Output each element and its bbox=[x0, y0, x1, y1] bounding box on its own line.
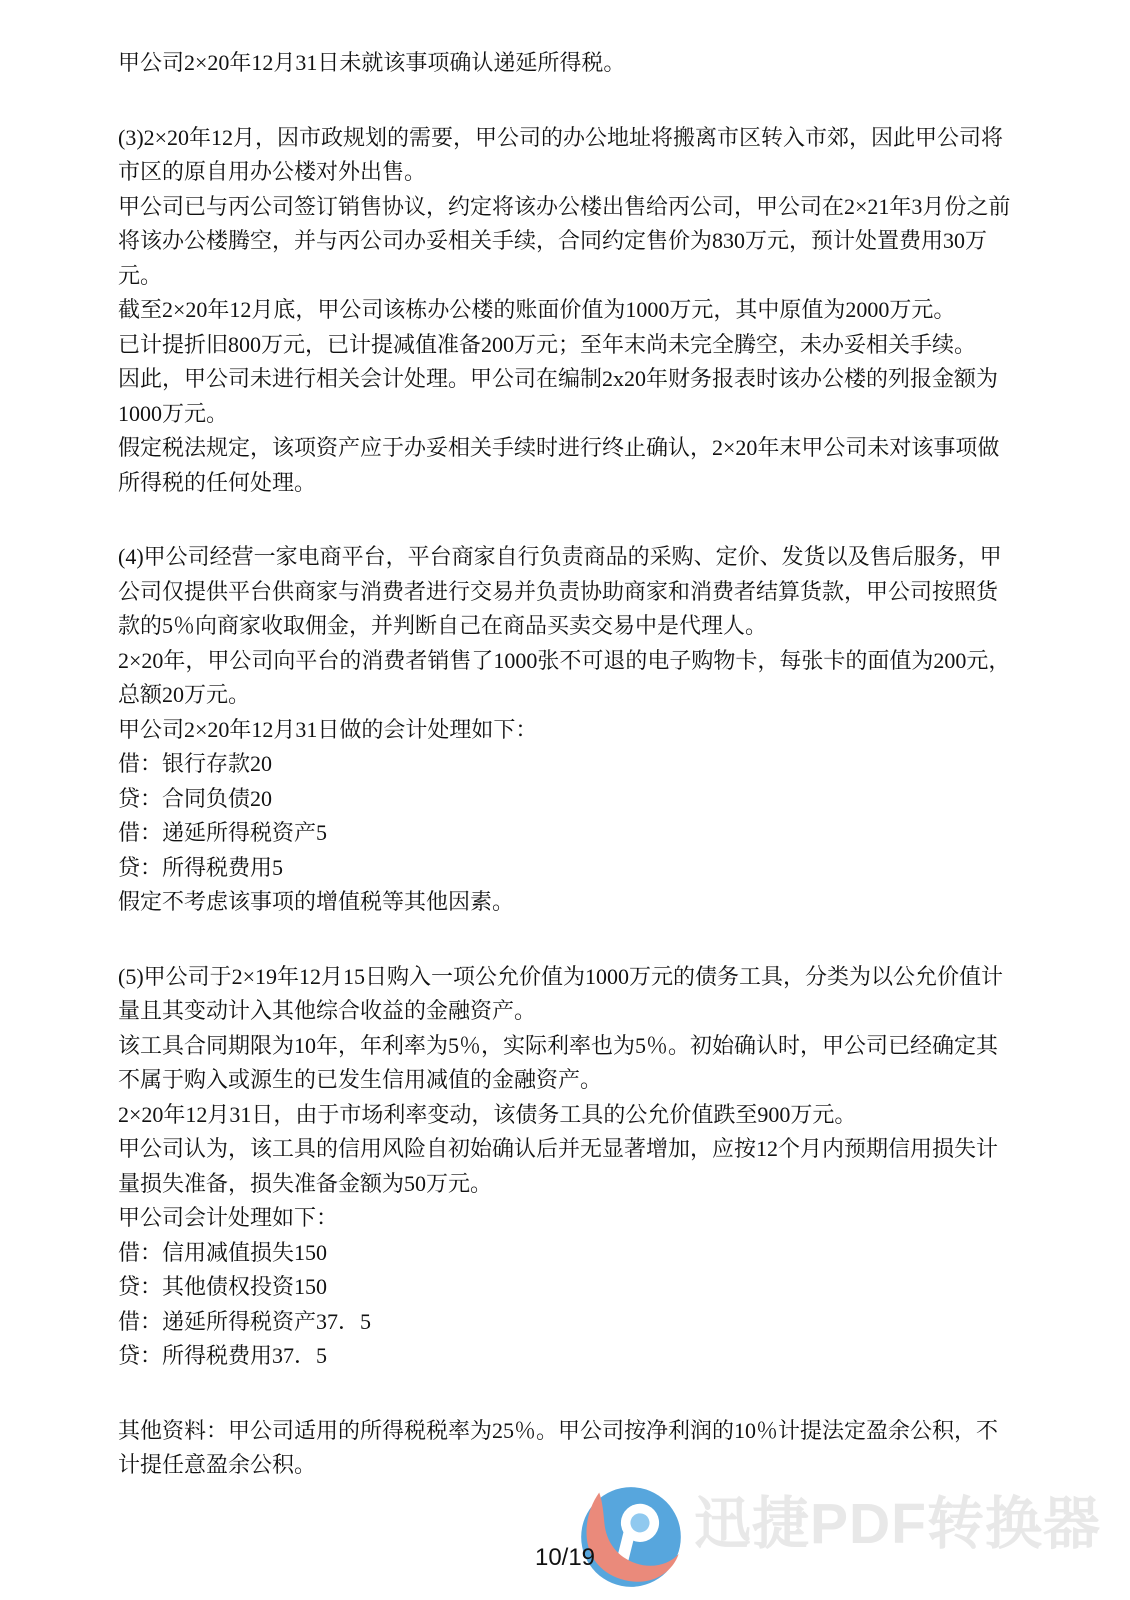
text-line: 甲公司认为，该工具的信用风险自初始确认后并无显著增加，应按12个月内预期信用损失… bbox=[118, 1132, 1013, 1167]
text-line: 贷：其他债权投资150 bbox=[118, 1270, 1013, 1305]
text-line: 截至2×20年12月底，甲公司该栋办公楼的账面价值为1000万元，其中原值为20… bbox=[118, 293, 1013, 328]
text-line: 其他资料：甲公司适用的所得税税率为25％。甲公司按净利润的10％计提法定盈余公积… bbox=[118, 1414, 1013, 1449]
text-line: 公司仅提供平台供商家与消费者进行交易并负责协助商家和消费者结算货款，甲公司按照货 bbox=[118, 575, 1013, 610]
text-line: 该工具合同期限为10年，年利率为5％，实际利率也为5％。初始确认时，甲公司已经确… bbox=[118, 1029, 1013, 1064]
text-line: 2×20年12月31日，由于市场利率变动，该债务工具的公允价值跌至900万元。 bbox=[118, 1098, 1013, 1133]
page-number: 10/19 bbox=[0, 1544, 1130, 1572]
text-line: 贷：所得税费用5 bbox=[118, 851, 1013, 886]
text-line: 贷：合同负债20 bbox=[118, 782, 1013, 817]
text-line: 元。 bbox=[118, 259, 1013, 294]
text-line: 计提任意盈余公积。 bbox=[118, 1448, 1013, 1483]
text-line: 甲公司会计处理如下： bbox=[118, 1201, 1013, 1236]
paragraph: (4)甲公司经营一家电商平台，平台商家自行负责商品的采购、定价、发货以及售后服务… bbox=[118, 540, 1013, 920]
pdf-converter-logo-icon bbox=[578, 1484, 684, 1590]
text-line: (5)甲公司于2×19年12月15日购入一项公允价值为1000万元的债务工具，分… bbox=[118, 960, 1013, 995]
text-line: 借：银行存款20 bbox=[118, 747, 1013, 782]
paragraph: (3)2×20年12月，因市政规划的需要，甲公司的办公地址将搬离市区转入市郊，因… bbox=[118, 121, 1013, 501]
converter-watermark: 迅捷PDF转换器 bbox=[578, 1484, 1101, 1590]
text-line: 已计提折旧800万元，已计提减值准备200万元；至年末尚未完全腾空，未办妥相关手… bbox=[118, 328, 1013, 363]
text-line: (3)2×20年12月，因市政规划的需要，甲公司的办公地址将搬离市区转入市郊，因… bbox=[118, 121, 1013, 156]
text-line: 借：递延所得税资产37．5 bbox=[118, 1305, 1013, 1340]
text-line: 不属于购入或源生的已发生信用减值的金融资产。 bbox=[118, 1063, 1013, 1098]
paragraph: 甲公司2×20年12月31日未就该事项确认递延所得税。 bbox=[118, 46, 1013, 81]
pdf-page: 甲公司2×20年12月31日未就该事项确认递延所得税。(3)2×20年12月，因… bbox=[0, 0, 1130, 1600]
text-line: 量损失准备，损失准备金额为50万元。 bbox=[118, 1167, 1013, 1202]
text-line: 借：递延所得税资产5 bbox=[118, 816, 1013, 851]
text-line: 借：信用减值损失150 bbox=[118, 1236, 1013, 1271]
text-line: 款的5％向商家收取佣金，并判断自己在商品买卖交易中是代理人。 bbox=[118, 609, 1013, 644]
text-line: 贷：所得税费用37．5 bbox=[118, 1339, 1013, 1374]
text-line: 假定税法规定，该项资产应于办妥相关手续时进行终止确认，2×20年末甲公司未对该事… bbox=[118, 431, 1013, 466]
text-line: (4)甲公司经营一家电商平台，平台商家自行负责商品的采购、定价、发货以及售后服务… bbox=[118, 540, 1013, 575]
document-text: 甲公司2×20年12月31日未就该事项确认递延所得税。(3)2×20年12月，因… bbox=[118, 46, 1013, 1483]
text-line: 1000万元。 bbox=[118, 397, 1013, 432]
text-line: 市区的原自用办公楼对外出售。 bbox=[118, 155, 1013, 190]
paragraph: (5)甲公司于2×19年12月15日购入一项公允价值为1000万元的债务工具，分… bbox=[118, 960, 1013, 1374]
text-line: 所得税的任何处理。 bbox=[118, 466, 1013, 501]
text-line: 假定不考虑该事项的增值税等其他因素。 bbox=[118, 885, 1013, 920]
text-line: 将该办公楼腾空，并与丙公司办妥相关手续，合同约定售价为830万元，预计处置费用3… bbox=[118, 224, 1013, 259]
text-line: 2×20年，甲公司向平台的消费者销售了1000张不可退的电子购物卡，每张卡的面值… bbox=[118, 644, 1013, 679]
text-line: 甲公司2×20年12月31日未就该事项确认递延所得税。 bbox=[118, 46, 1013, 81]
text-line: 因此，甲公司未进行相关会计处理。甲公司在编制2x20年财务报表时该办公楼的列报金… bbox=[118, 362, 1013, 397]
text-line: 甲公司已与丙公司签订销售协议，约定将该办公楼出售给丙公司，甲公司在2×21年3月… bbox=[118, 190, 1013, 225]
text-line: 甲公司2×20年12月31日做的会计处理如下： bbox=[118, 713, 1013, 748]
text-line: 总额20万元。 bbox=[118, 678, 1013, 713]
paragraph: 其他资料：甲公司适用的所得税税率为25％。甲公司按净利润的10％计提法定盈余公积… bbox=[118, 1414, 1013, 1483]
text-line: 量且其变动计入其他综合收益的金融资产。 bbox=[118, 994, 1013, 1029]
